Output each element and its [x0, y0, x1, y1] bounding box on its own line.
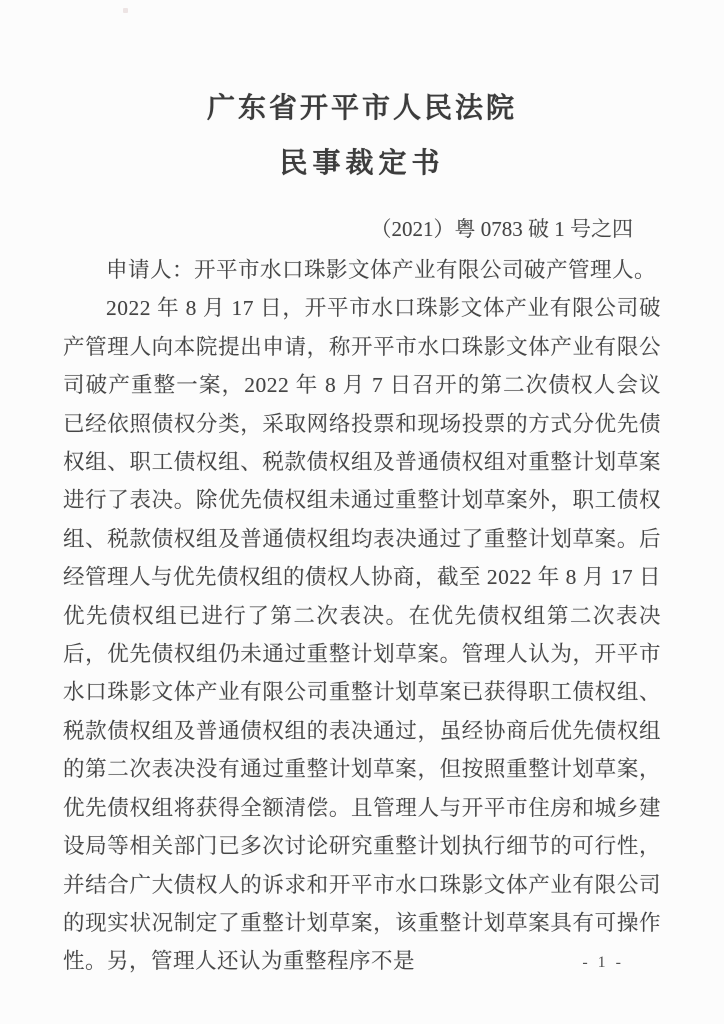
document-content: 广东省开平市人民法院 民事裁定书 （2021）粤 0783 破 1 号之四 申请… — [0, 0, 724, 981]
court-name: 广东省开平市人民法院 — [63, 86, 661, 126]
case-number: （2021）粤 0783 破 1 号之四 — [63, 213, 661, 243]
document-type: 民事裁定书 — [63, 141, 661, 181]
scan-artifact — [123, 8, 128, 13]
document-body: 申请人：开平市水口珠影文体产业有限公司破产管理人。 2022 年 8 月 17 … — [63, 251, 661, 981]
page-number: - 1 - — [582, 954, 624, 972]
paragraph-main: 2022 年 8 月 17 日，开平市水口珠影文体产业有限公司破产管理人向本院提… — [63, 289, 661, 980]
paragraph-applicant: 申请人：开平市水口珠影文体产业有限公司破产管理人。 — [63, 251, 661, 289]
document-page: 广东省开平市人民法院 民事裁定书 （2021）粤 0783 破 1 号之四 申请… — [0, 0, 724, 1024]
